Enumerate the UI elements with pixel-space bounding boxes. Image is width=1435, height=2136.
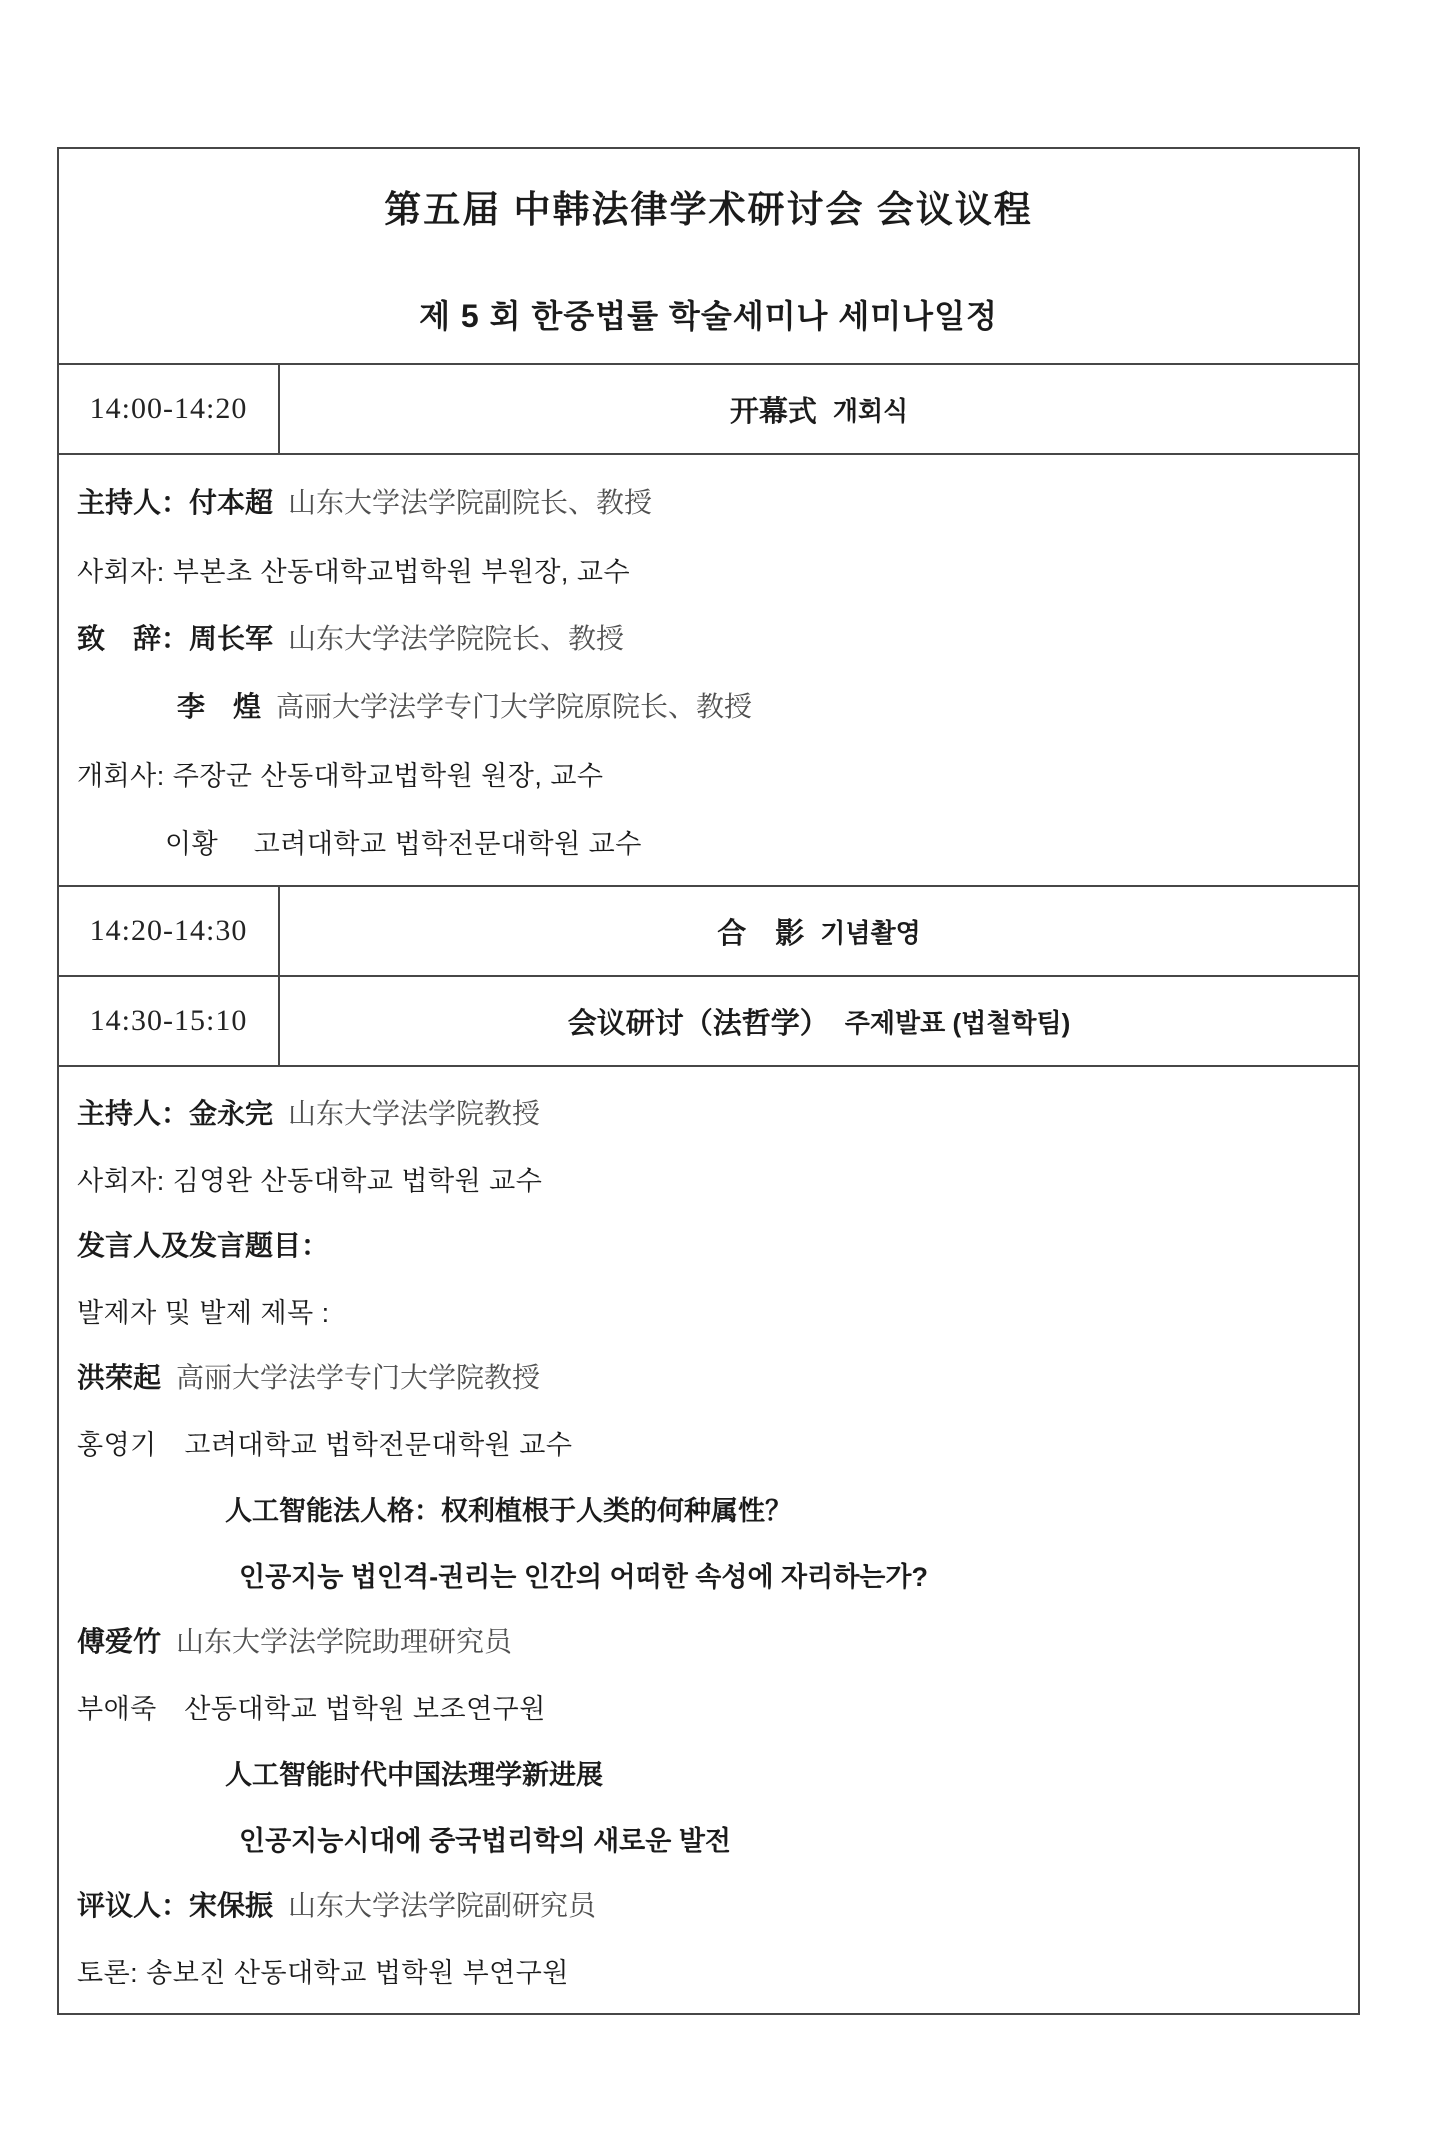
title-row: 第五届 中韩法律学术研讨会 会议议程 제 5 회 한중법률 학술세미나 세미나일… <box>59 149 1358 365</box>
session-host-affiliation-cn: 山东大学法学院教授 <box>288 1092 540 1132</box>
speaker2-name-cn: 傅爱竹 <box>77 1620 161 1660</box>
opening-address2-line-kr: 이황 고려대학교 법학전문대학원 교수 <box>77 807 1338 875</box>
group-photo-label-kr: 기념촬영 <box>820 913 920 950</box>
host-affiliation-cn: 山东大学法学院副院长、教授 <box>288 481 652 521</box>
speech-affiliation-cn: 山东大学法学院院长、教授 <box>288 617 624 657</box>
topic2-title-cn: 人工智能时代中国法理学新进展 <box>77 1739 1338 1805</box>
session-host-line-cn: 主持人：金永完山东大学法学院教授 <box>77 1079 1338 1145</box>
speaker2-affiliation-cn: 山东大学法学院助理研究员 <box>176 1620 512 1660</box>
group-photo-label-cn: 合 影 <box>717 911 804 952</box>
group-photo-row: 14:20-14:30 合 影 기념촬영 <box>59 887 1358 977</box>
title-chinese: 第五届 中韩法律学术研讨会 会议议程 <box>384 179 1033 233</box>
agenda-table: 第五届 中韩法律学术研讨会 会议议程 제 5 회 한중법률 학술세미나 세미나일… <box>57 147 1360 2015</box>
session1-label-kr: 주제발표 (법철학팀) <box>845 1003 1070 1040</box>
group-photo-label: 合 影 기념촬영 <box>280 887 1358 975</box>
speaker2-line-kr: 부애죽 산동대학교 법학원 보조연구원 <box>77 1673 1338 1739</box>
group-photo-time: 14:20-14:30 <box>59 887 280 975</box>
speech2-affiliation-cn: 高丽大学法学专门大学院原院长、教授 <box>276 685 752 725</box>
speech2-line-cn: 李 煌高丽大学法学专门大学院原院长、教授 <box>77 671 1338 739</box>
session1-label: 会议研讨（法哲学） 주제발표 (법철학팀) <box>280 977 1358 1065</box>
discussant-affiliation-cn: 山东大学法学院副研究员 <box>288 1884 596 1924</box>
speaker1-affiliation-cn: 高丽大学法学专门大学院教授 <box>176 1356 540 1396</box>
opening-ceremony-label: 开幕式 개회식 <box>280 365 1358 453</box>
session1-time: 14:30-15:10 <box>59 977 280 1065</box>
speakers-heading-cn: 发言人及发言题目： <box>77 1211 1338 1277</box>
session1-row: 14:30-15:10 会议研讨（法哲学） 주제발표 (법철학팀) <box>59 977 1358 1067</box>
opening-ceremony-row: 14:00-14:20 开幕式 개회식 <box>59 365 1358 455</box>
topic1-title-cn: 人工智能法人格：权利植根于人类的何种属性？ <box>77 1475 1338 1541</box>
discussant-line-kr: 토론: 송보진 산동대학교 법학원 부연구원 <box>77 1937 1338 2003</box>
discussant-name-cn: 评议人：宋保振 <box>77 1884 273 1924</box>
speech-line-cn: 致 辞：周长军山东大学法学院院长、教授 <box>77 603 1338 671</box>
session-host-line-kr: 사회자: 김영완 산동대학교 법학원 교수 <box>77 1145 1338 1211</box>
speech-name-cn: 致 辞：周长军 <box>77 617 273 657</box>
speakers-heading-kr: 발제자 및 발제 제목 : <box>77 1277 1338 1343</box>
session-host-name-cn: 主持人：金永完 <box>77 1092 273 1132</box>
opening-ceremony-label-cn: 开幕式 <box>730 389 817 430</box>
speech2-name-cn: 李 煌 <box>177 685 261 725</box>
topic2-title-kr: 인공지능시대에 중국법리학의 새로운 발전 <box>77 1805 1338 1871</box>
host-name-cn: 主持人：付本超 <box>77 481 273 521</box>
topic1-title-kr: 인공지능 법인격-권리는 인간의 어떠한 속성에 자리하는가? <box>77 1541 1338 1607</box>
opening-address-line-kr: 개회사: 주장군 산동대학교법학원 원장, 교수 <box>77 739 1338 807</box>
session1-label-cn: 会议研讨（法哲学） <box>568 1001 829 1042</box>
discussant-line-cn: 评议人：宋保振山东大学法学院副研究员 <box>77 1871 1338 1937</box>
opening-ceremony-time: 14:00-14:20 <box>59 365 280 453</box>
opening-ceremony-label-kr: 개회식 <box>833 391 908 428</box>
host-line-kr: 사회자: 부본초 산동대학교법학원 부원장, 교수 <box>77 535 1338 603</box>
speaker2-line-cn: 傅爱竹山东大学法学院助理研究员 <box>77 1607 1338 1673</box>
speaker1-line-kr: 홍영기 고려대학교 법학전문대학원 교수 <box>77 1409 1338 1475</box>
opening-detail-section: 主持人：付本超山东大学法学院副院长、教授 사회자: 부본초 산동대학교법학원 부… <box>59 455 1358 887</box>
speaker1-line-cn: 洪荣起高丽大学法学专门大学院教授 <box>77 1343 1338 1409</box>
speakers-heading-text-cn: 发言人及发言题目： <box>77 1224 329 1264</box>
title-korean: 제 5 회 한중법률 학술세미나 세미나일정 <box>419 291 998 337</box>
host-line-cn: 主持人：付本超山东大学法学院副院长、教授 <box>77 467 1338 535</box>
session1-detail-section: 主持人：金永完山东大学法学院教授 사회자: 김영완 산동대학교 법학원 교수 发… <box>59 1067 1358 2013</box>
speaker1-name-cn: 洪荣起 <box>77 1356 161 1396</box>
